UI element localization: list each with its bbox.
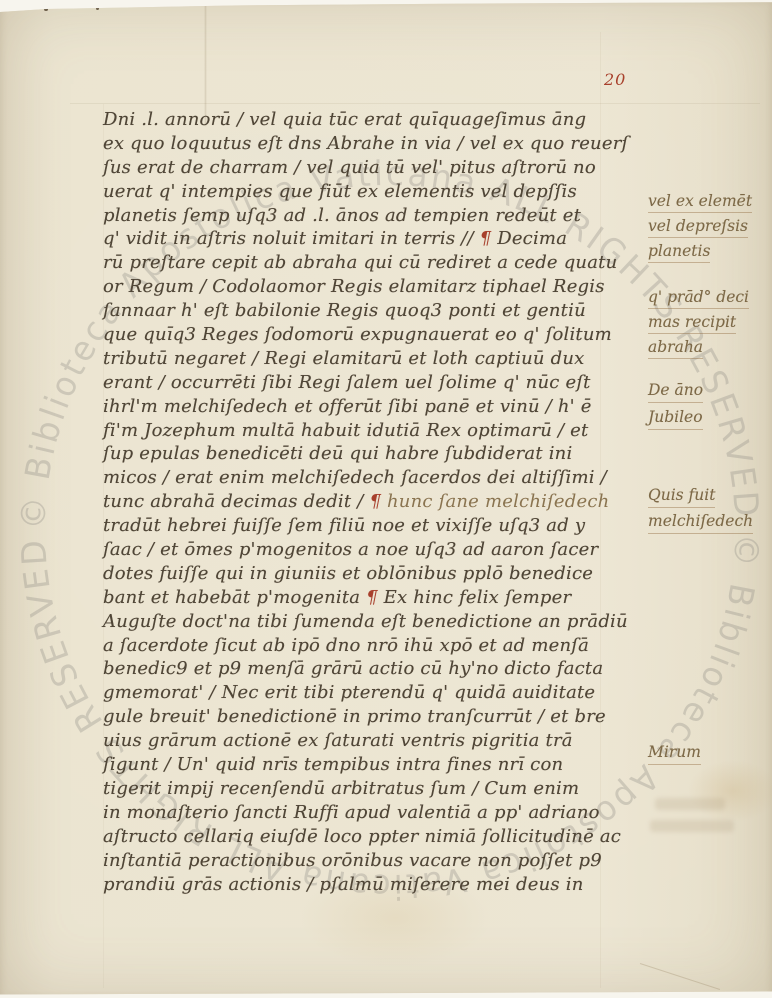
margin-note-line: planetis: [648, 240, 710, 263]
folio-number: 20: [604, 70, 626, 89]
margin-note: Quis fuitmelchiſedech: [648, 484, 770, 536]
text-line: micos / erat enim melchiſedech ſacerdos …: [103, 466, 648, 490]
text-line: fi'm Jozephum multā habuit idutiā Rex op…: [103, 419, 648, 443]
edge-speck: [16, 5, 24, 9]
text-line: tigerit impij recenſendū arbitratus ſum …: [103, 777, 648, 801]
text-line: tunc abrahā decimas dedit / ¶ hunc ſane …: [103, 490, 648, 514]
margin-note: De ānoJubileo: [648, 378, 770, 432]
text-line: bant et habebāt p'mogenita ¶ Ex hinc fel…: [103, 586, 648, 610]
bleed-through-mark: [655, 798, 725, 810]
text-line: planetis ſemp uſq3 ad .l. ānos ad tempie…: [103, 204, 648, 228]
text-line: ſigunt / Un' quid nrīs tempibus intra fi…: [103, 753, 648, 777]
stain: [688, 760, 772, 822]
margin-note-line: vel ex elemēt: [648, 190, 752, 213]
main-text-block: Dni .l. annorū / vel quia tūc erat quīqu…: [103, 108, 648, 896]
text-line: Auguſte doct'na tibi ſumenda eſt benedic…: [103, 610, 648, 634]
text-line: inſtantiā peractionibus orōnibus vacare …: [103, 849, 648, 873]
text-line: gmemorat' / Nec erit tibi pterendū q' qu…: [103, 681, 648, 705]
margin-note-line: abraha: [648, 336, 703, 359]
text-line: ſaac / et ōmes p'mogenitos a noe uſq3 ad…: [103, 538, 648, 562]
edge-speck: [96, 7, 99, 10]
text-line: ex quo loquutus eſt dns Abrahe in via / …: [103, 132, 648, 156]
text-line: que quīq3 Reges ſodomorū expugnauerat eo…: [103, 323, 648, 347]
text-line: ſannaar h' eſt babilonie Regis quoq3 pon…: [103, 299, 648, 323]
text-line: uius grārum actionē ex ſaturati ventris …: [103, 729, 648, 753]
margin-note: vel ex elemētvel depreſsisplanetis: [648, 190, 770, 265]
text-line: a ſacerdote ſicut ab ipō dno nrō ihū xpō…: [103, 634, 648, 658]
margin-note-line: vel depreſsis: [648, 215, 748, 238]
text-line: rū preſtare cepit ab abraha qui cū redir…: [103, 251, 648, 275]
ruling-line-horizontal-top: [70, 103, 760, 104]
text-line: in monaſterio ſancti Ruffi apud valentiā…: [103, 801, 648, 825]
text-line: ſup epulas benedicēti deū qui habre ſubd…: [103, 442, 648, 466]
margin-note-line: q' prād° deci: [648, 286, 749, 309]
text-line: erant / occurrēti ſibi Regi ſalem uel ſo…: [103, 371, 648, 395]
text-line: uerat q' intempies que fiūt ex elementis…: [103, 180, 648, 204]
margin-note-line: Jubileo: [648, 405, 703, 430]
text-line: ſus erat de charram / vel quia tū vel' p…: [103, 156, 648, 180]
text-line: gule breuit' benedictionē in primo tranſ…: [103, 705, 648, 729]
margin-note-line: mas recipit: [648, 311, 736, 334]
margin-note-line: Quis fuit: [648, 484, 715, 508]
pilcrow-rubric: ¶: [369, 491, 381, 512]
manuscript-scan: © Biblioteca Apostolica Vaticana ALL RIG…: [0, 0, 772, 998]
text-line: q' vidit in aſtris noluit imitari in ter…: [103, 227, 648, 251]
text-line: dotes fuiſſe qui in giuniis et oblōnibus…: [103, 562, 648, 586]
margin-note: Mirum: [648, 740, 770, 767]
margin-note-line: Mirum: [648, 740, 701, 765]
text-line: ihrl'm melchiſedech et offerūt ſibi panē…: [103, 395, 648, 419]
text-line: tradūt hebrei fuiſſe ſem filiū noe et vi…: [103, 514, 648, 538]
parchment-page: © Biblioteca Apostolica Vaticana ALL RIG…: [0, 0, 772, 998]
text-line: aſtructo cellariq eiuſdē loco ppter nimi…: [103, 825, 648, 849]
text-line: benedic9 et p9 menſā grārū actio cū hy'n…: [103, 657, 648, 681]
pilcrow-rubric: ¶: [480, 228, 492, 249]
bleed-through-mark: [650, 820, 734, 832]
pilcrow-rubric: ¶: [366, 587, 378, 608]
scratch-mark: [640, 963, 720, 990]
margin-note: q' prād° decimas recipitabraha: [648, 286, 770, 361]
text-line: prandiū grās actionis / pſalmū miſerere …: [103, 873, 648, 897]
margin-note-line: melchiſedech: [648, 510, 753, 534]
text-line: or Regum / Codolaomor Regis elamitarz ti…: [103, 275, 648, 299]
text-line: Dni .l. annorū / vel quia tūc erat quīqu…: [103, 108, 648, 132]
margin-note-line: De āno: [648, 378, 703, 403]
text-line: tributū negaret / Regi elamitarū et loth…: [103, 347, 648, 371]
edge-speck: [44, 8, 48, 11]
